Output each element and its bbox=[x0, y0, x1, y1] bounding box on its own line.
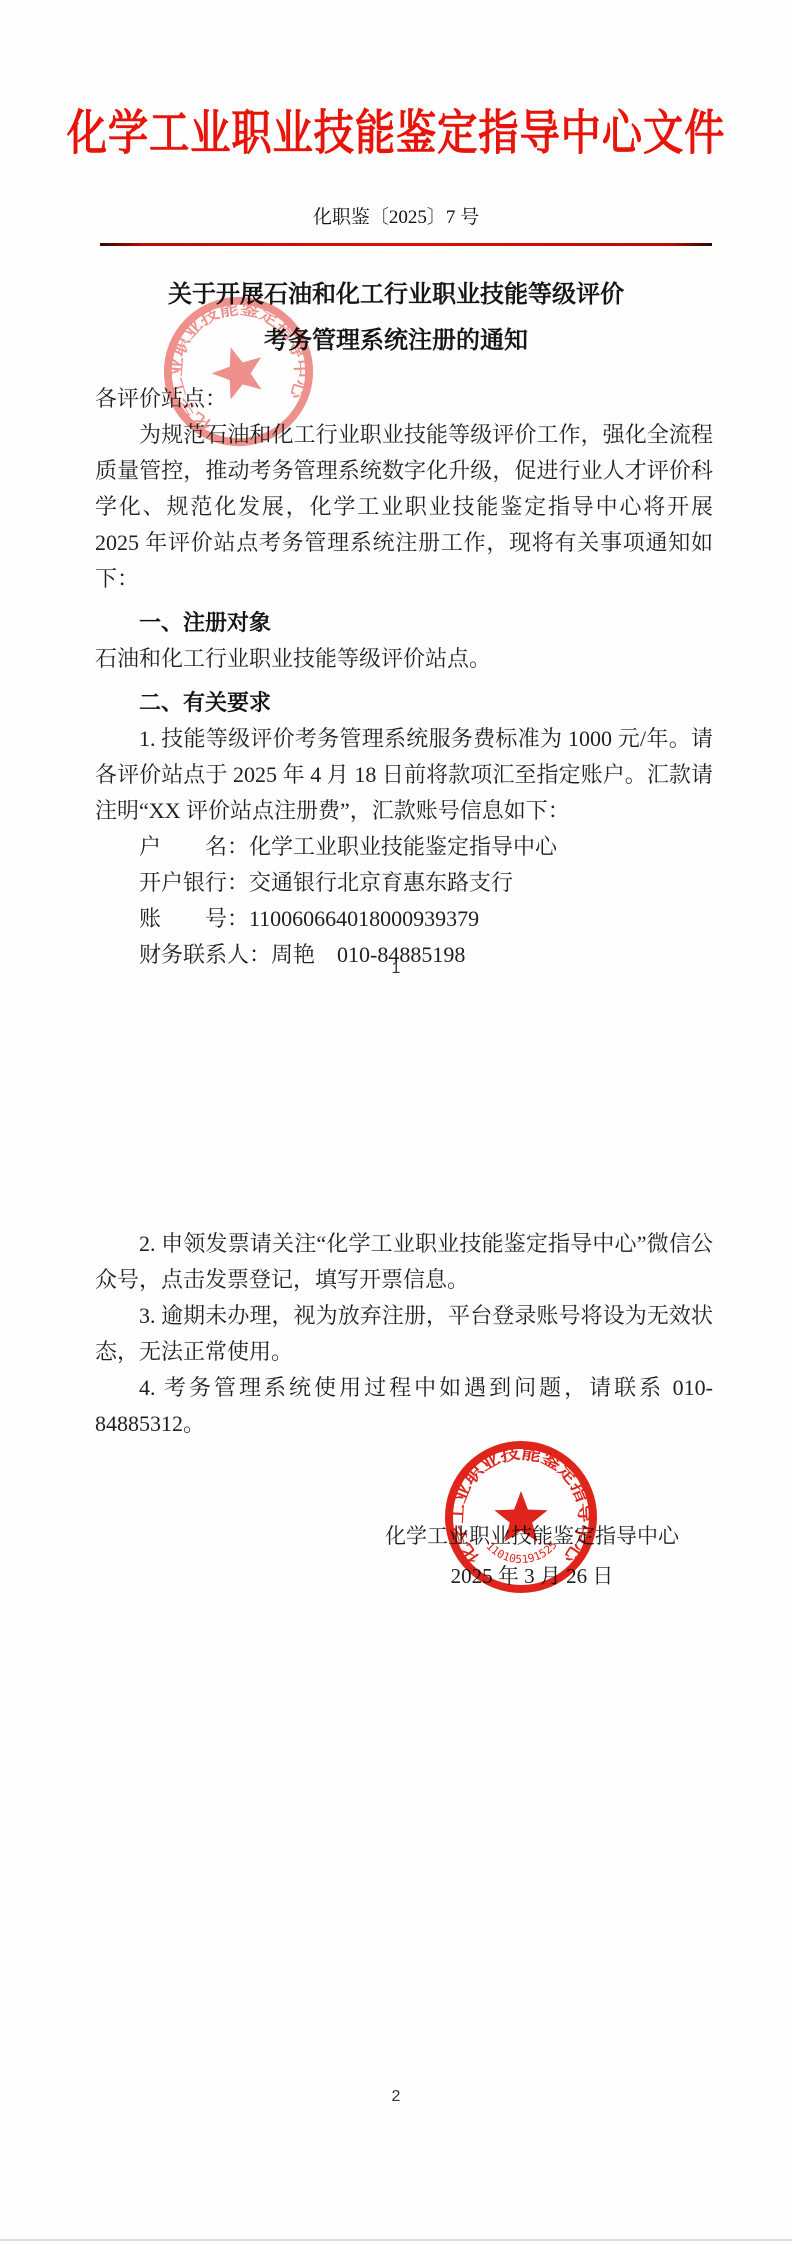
scan-page-edge bbox=[0, 2239, 792, 2241]
page1-body: 各评价站点： 为规范石油和化工行业职业技能等级评价工作，强化全流程质量管控，推动… bbox=[95, 381, 713, 973]
intro-paragraph: 为规范石油和化工行业职业技能等级评价工作，强化全流程质量管控，推动考务管理系统数… bbox=[95, 417, 713, 597]
red-letterhead-title: 化学工业职业技能鉴定指导中心文件 bbox=[63, 94, 728, 163]
salutation: 各评价站点： bbox=[95, 381, 713, 417]
notice-title-line1: 关于开展石油和化工行业职业技能等级评价 bbox=[0, 272, 792, 318]
document-number: 化职鉴〔2025〕7 号 bbox=[0, 202, 792, 229]
seal-serial-number: 110105191525 bbox=[483, 1538, 559, 1566]
red-divider-line bbox=[100, 243, 712, 246]
requirement-item1: 1. 技能等级评价考务管理系统服务费标准为 1000 元/年。请各评价站点于 2… bbox=[95, 721, 713, 829]
official-seal: 化学工业职业技能鉴定指导中心 110105191525 bbox=[441, 1437, 601, 1597]
section1-body: 石油和化工行业职业技能等级评价站点。 bbox=[95, 641, 713, 677]
account-bank-line: 开户银行：交通银行北京育惠东路支行 bbox=[95, 865, 713, 901]
official-document-scan: 化学工业职业技能鉴定指导中心文件 化职鉴〔2025〕7 号 关于开展石油和化工行… bbox=[0, 0, 792, 2244]
star-icon bbox=[494, 1491, 547, 1542]
page1-number: 1 bbox=[0, 960, 792, 978]
requirement-item3: 3. 逾期未办理，视为放弃注册，平台登录账号将设为无效状态，无法正常使用。 bbox=[95, 1298, 713, 1370]
section2-heading: 二、有关要求 bbox=[95, 685, 713, 721]
notice-title-line2: 考务管理系统注册的通知 bbox=[0, 318, 792, 364]
requirement-item4: 4. 考务管理系统使用过程中如遇到问题，请联系 010-84885312。 bbox=[95, 1370, 713, 1442]
account-number-line: 账 号：110060664018000939379 bbox=[95, 901, 713, 937]
page2-body: 2. 申领发票请关注“化学工业职业技能鉴定指导中心”微信公众号，点击发票登记，填… bbox=[95, 1226, 713, 1442]
notice-title: 关于开展石油和化工行业职业技能等级评价 考务管理系统注册的通知 bbox=[0, 272, 792, 364]
account-holder-line: 户 名：化学工业职业技能鉴定指导中心 bbox=[95, 829, 713, 865]
section1-heading: 一、注册对象 bbox=[95, 605, 713, 641]
svg-text:110105191525: 110105191525 bbox=[483, 1538, 559, 1566]
requirement-item2: 2. 申领发票请关注“化学工业职业技能鉴定指导中心”微信公众号，点击发票登记，填… bbox=[95, 1226, 713, 1298]
page2-number: 2 bbox=[0, 2088, 792, 2106]
